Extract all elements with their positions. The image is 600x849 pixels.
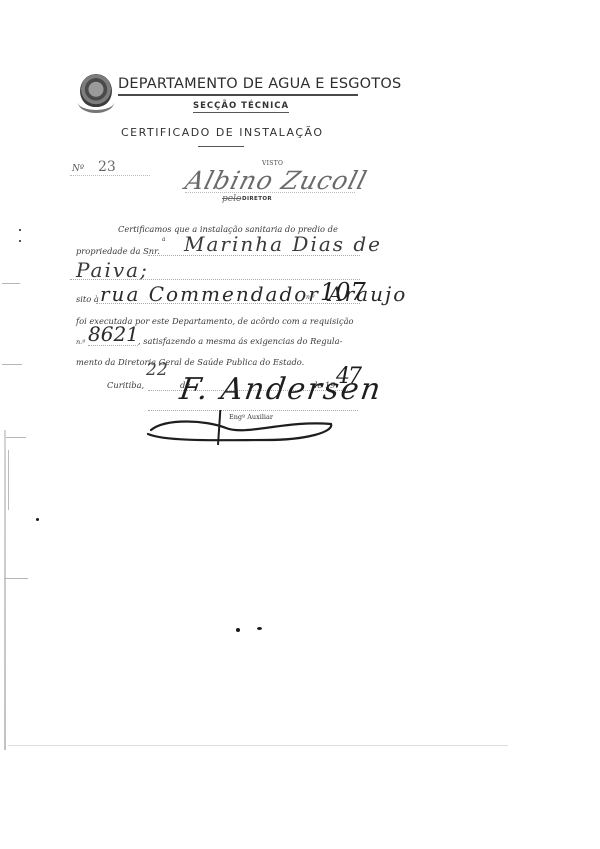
ink-speck bbox=[19, 240, 21, 242]
body-line-6-suffix: , satisfazendo a mesma ás exigencias do … bbox=[138, 336, 342, 346]
number-label: Nº bbox=[72, 164, 84, 174]
owner-dotted-line-2 bbox=[70, 279, 360, 280]
visto-dotted-line bbox=[185, 192, 355, 193]
section-title: SECÇÃO TÉCNICA bbox=[193, 101, 289, 113]
ink-speck bbox=[257, 627, 262, 630]
requisition-dotted-line bbox=[88, 345, 138, 346]
engineer-signature: F. Andersen bbox=[178, 372, 385, 407]
edge-mark bbox=[6, 437, 26, 438]
certificate-title-rule bbox=[198, 146, 244, 147]
paper-edge bbox=[4, 430, 6, 750]
edge-mark bbox=[2, 283, 20, 284]
address-number-label: n.º bbox=[306, 294, 315, 301]
ink-speck bbox=[19, 229, 21, 231]
address-number: 107 bbox=[320, 278, 366, 306]
pelo-handwritten: pelo bbox=[222, 194, 241, 204]
date-day: 22 bbox=[146, 360, 168, 380]
scanned-document-page: DEPARTAMENTO DE AGUA E ESGOTOS SECÇÃO TÉ… bbox=[0, 0, 600, 849]
certificate-number: 23 bbox=[98, 159, 116, 175]
emblem-wreath bbox=[78, 92, 114, 113]
director-label: DIRETOR bbox=[242, 196, 272, 202]
requisition-number: 8621 bbox=[88, 322, 139, 346]
address-dotted-line bbox=[96, 303, 360, 304]
ink-speck bbox=[36, 518, 39, 521]
department-title: DEPARTAMENTO DE AGUA E ESGOTOS bbox=[118, 76, 401, 92]
paper-bottom-edge bbox=[8, 745, 508, 746]
department-underline bbox=[118, 94, 358, 96]
edge-mark bbox=[4, 578, 28, 579]
owner-name-line-1: Marinha Dias de bbox=[184, 232, 382, 256]
edge-mark bbox=[2, 364, 22, 365]
signature-flourish bbox=[146, 410, 336, 450]
certificate-title: CERTIFICADO DE INSTALAÇÃO bbox=[121, 126, 323, 139]
requisition-label: n.º bbox=[76, 338, 85, 346]
paper-edge-inner bbox=[8, 450, 9, 510]
ink-speck bbox=[236, 628, 240, 632]
body-superscript: a bbox=[162, 236, 166, 243]
director-signature: Albino Zucoll bbox=[182, 166, 370, 195]
number-dotted-line bbox=[70, 175, 150, 176]
date-city: Curitiba, bbox=[107, 380, 144, 390]
body-line-7: mento da Diretoria Geral de Saúde Public… bbox=[76, 357, 304, 367]
